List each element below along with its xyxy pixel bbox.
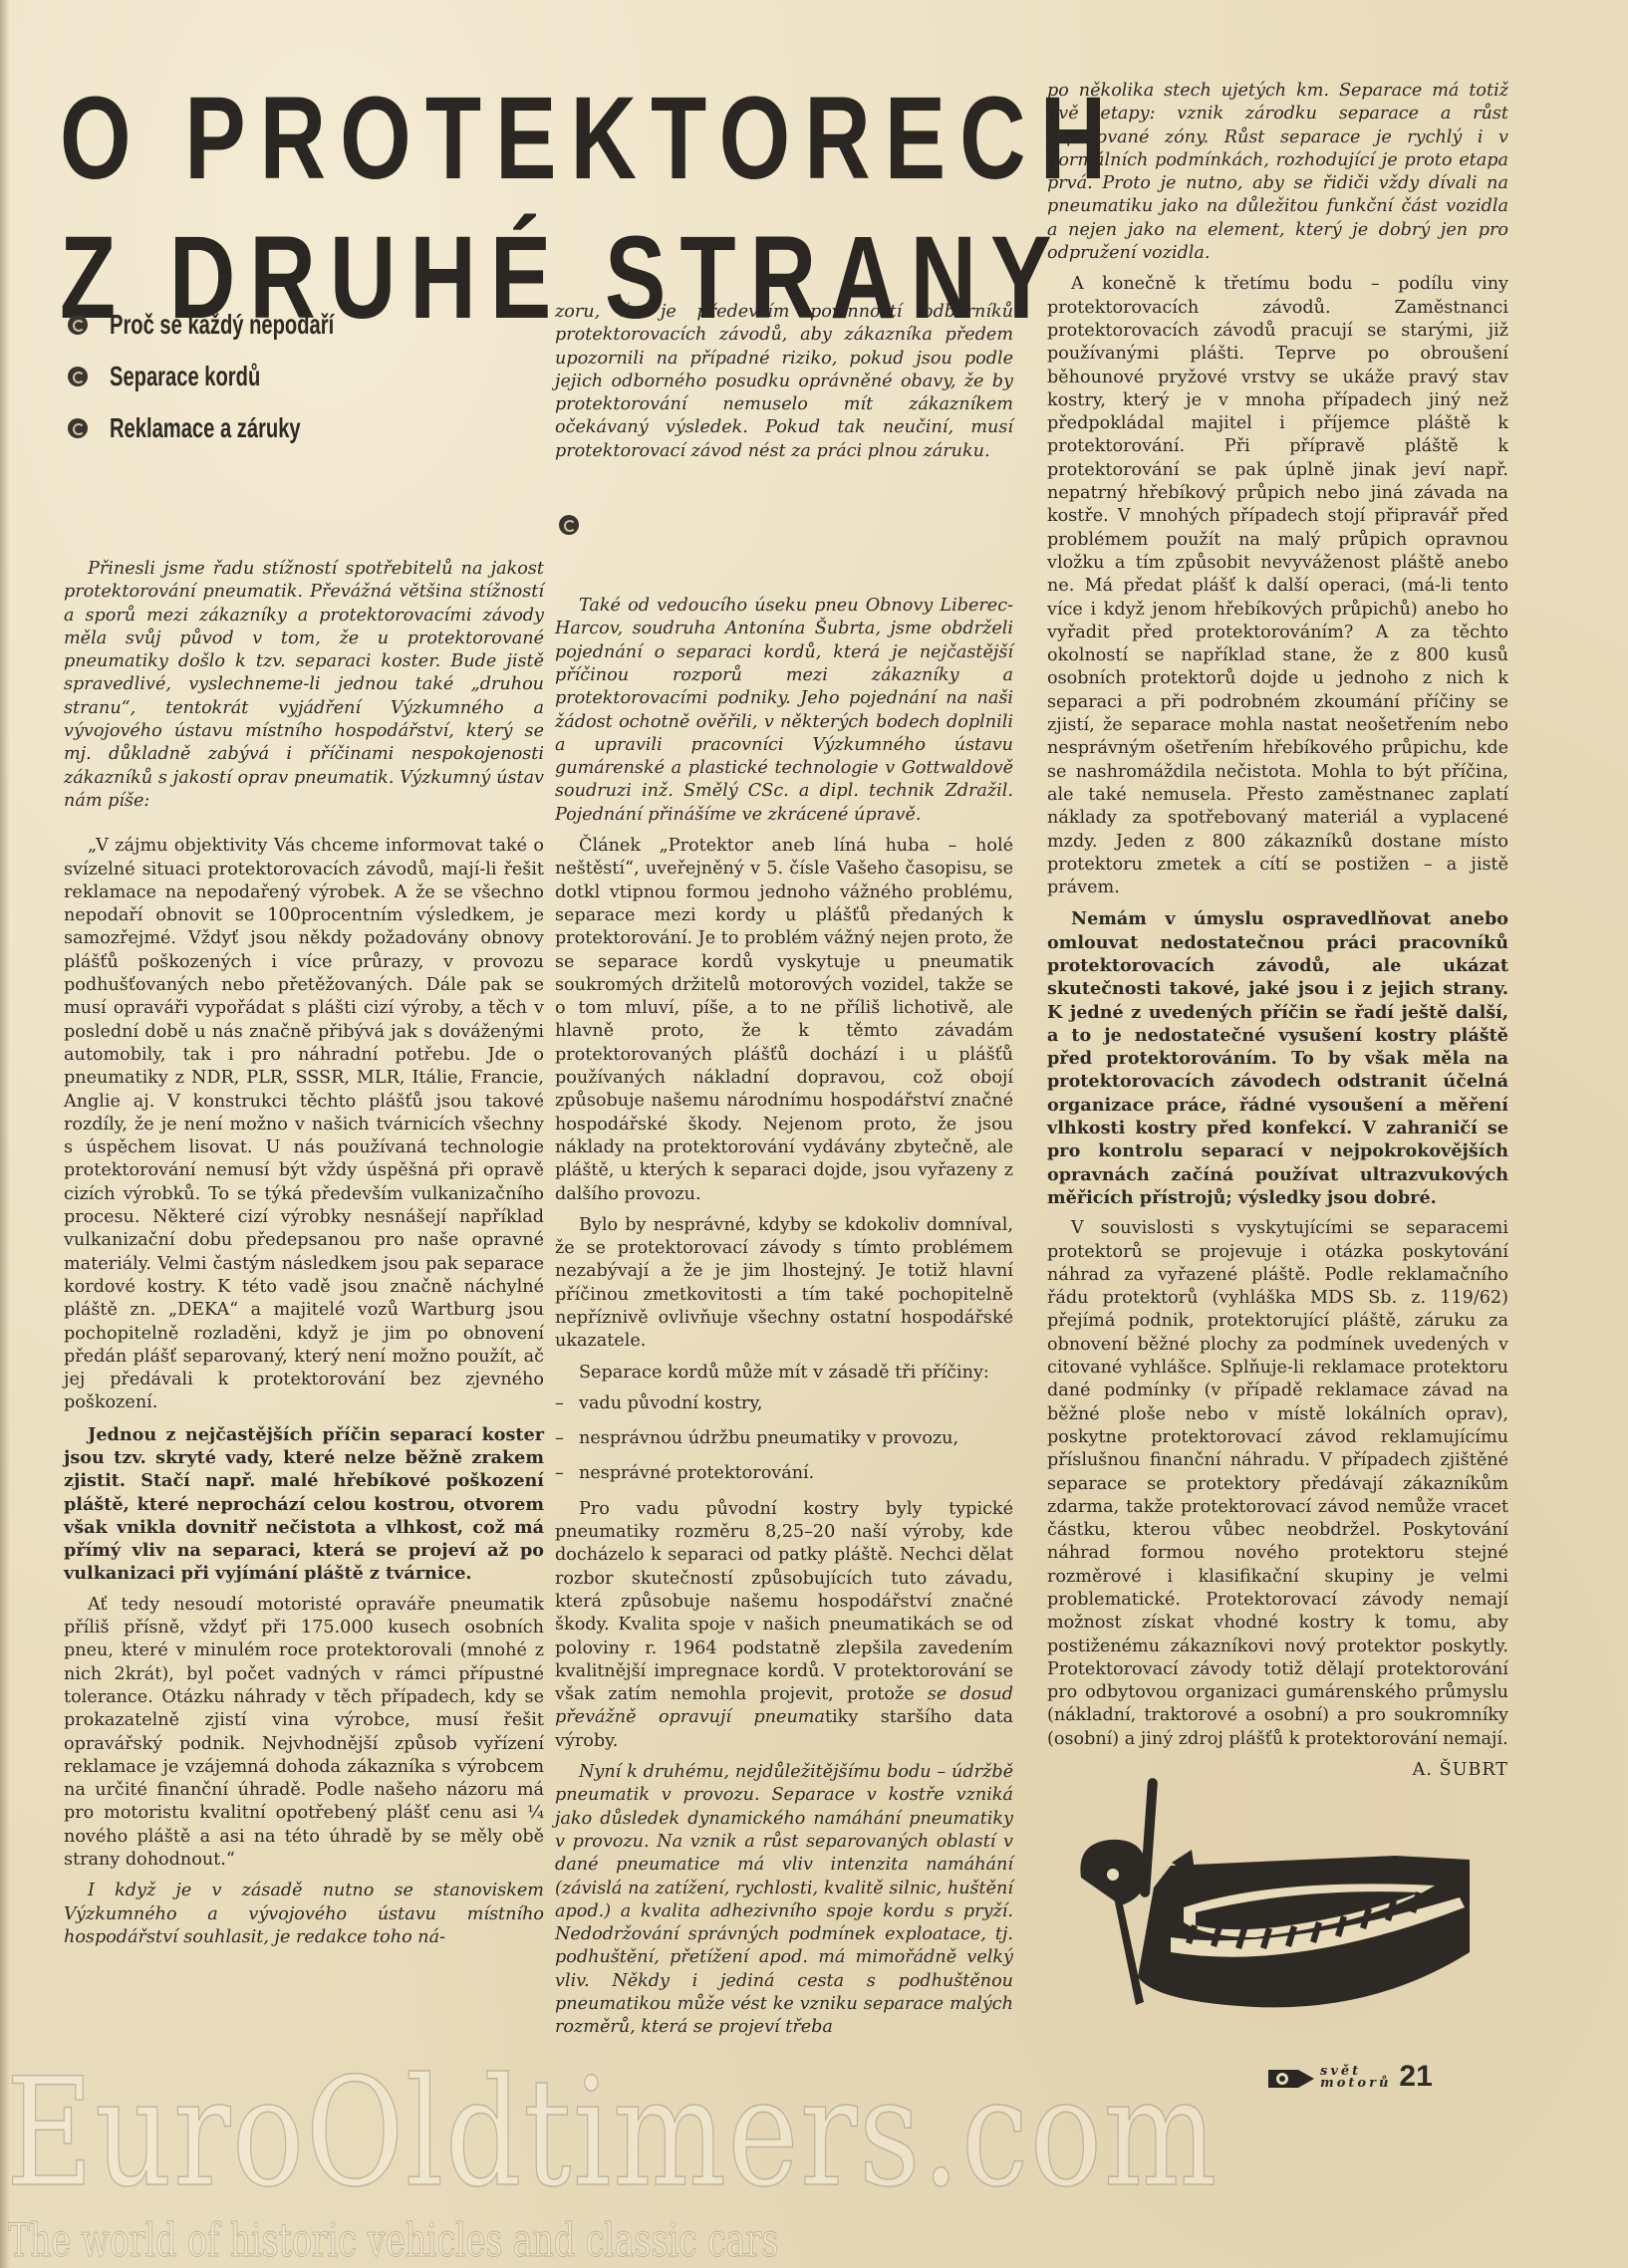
dash-icon: –	[555, 1392, 579, 1415]
quote-paragraph: „V zájmu objektivity Vás chceme informov…	[64, 835, 544, 1414]
page-binding-shadow	[0, 0, 10, 2268]
page-number: 21	[1399, 2064, 1432, 2090]
editorial-paragraph: I když je v zásadě nutno se stanoviskem …	[64, 1880, 544, 1949]
body-paragraph: Separace kordů může mít v zásadě tři pří…	[555, 1362, 1013, 1385]
subhead-item: Separace kordů	[68, 351, 421, 402]
watermark-subtitle: The world of historic vehicles and class…	[8, 2213, 778, 2267]
cause-list-item: –nesprávné protektorování.	[555, 1462, 1013, 1485]
subhead-item: Reklamace a záruky	[68, 402, 421, 454]
body-paragraph: Pro vadu původní kostry byly typické pne…	[555, 1498, 1013, 1753]
cause-text: nesprávné protektorování.	[579, 1462, 814, 1485]
quote-paragraph: Ať tedy nesoudí motoristé opraváře pneum…	[64, 1594, 544, 1873]
section-divider	[555, 471, 1013, 595]
body-paragraph-bold: Nemám v úmyslu ospravedlňovat anebo omlo…	[1047, 907, 1508, 1209]
body-paragraph: Článek „Protektor aneb líná huba – holé …	[555, 835, 1013, 1206]
subhead-text: Separace kordů	[110, 361, 260, 392]
dash-icon: –	[555, 1427, 579, 1450]
headline-line-1: O PROTEKTORECH	[60, 80, 806, 197]
right-column: po několika stech ujetých km. Separace m…	[1047, 80, 1508, 1782]
left-column: Přinesli jsme řadu stížností spotřebitel…	[64, 558, 544, 1957]
magazine-name: svět motorů	[1320, 2066, 1391, 2090]
editorial-continuation: zoru, že je především povinností odborní…	[555, 301, 1013, 463]
cause-list-item: –nesprávnou údržbu pneumatiky v provozu,	[555, 1427, 1013, 1450]
svet-motoru-logo-icon	[1268, 2068, 1314, 2090]
subhead-item: Proč se každý nepodaří	[68, 299, 421, 351]
watermark-title: EuroOldtimers.com	[6, 2047, 1219, 2220]
cause-list-item: –vadu původní kostry,	[555, 1392, 1013, 1415]
cause-text: nesprávnou údržbu pneumatiky v provozu,	[579, 1427, 958, 1450]
magazine-page: O PROTEKTORECH Z DRUHÉ STRANY Proč se ka…	[0, 0, 1628, 2268]
body-paragraph: Bylo by nesprávné, kdyby se kdokoliv dom…	[555, 1214, 1013, 1354]
intro-paragraph-2: Také od vedoucího úseku pneu Obnovy Libe…	[555, 595, 1013, 827]
bird-tire-woodcut-icon	[1076, 1738, 1514, 2027]
subhead-text: Reklamace a záruky	[110, 412, 301, 444]
body-paragraph: V souvislosti s vyskytujícími se separac…	[1047, 1217, 1508, 1751]
body-paragraph-italic: po několika stech ujetých km. Separace m…	[1047, 80, 1508, 265]
quote-paragraph-bold: Jednou z nejčastějších příčin separací k…	[64, 1423, 544, 1586]
bullet-icon	[559, 515, 579, 535]
bullet-icon	[68, 315, 88, 335]
intro-paragraph: Přinesli jsme řadu stížností spotřebitel…	[64, 558, 544, 813]
body-paragraph: A konečně k třetímu bodu – podílu viny p…	[1047, 273, 1508, 899]
bullet-icon	[68, 418, 88, 438]
magazine-name-line2: motorů	[1320, 2078, 1391, 2090]
dash-icon: –	[555, 1462, 579, 1485]
cause-text: vadu původní kostry,	[579, 1392, 763, 1415]
subhead-text: Proč se každý nepodaří	[110, 309, 334, 341]
page-folio: svět motorů 21	[1268, 2064, 1433, 2090]
body-paragraph-italic: Nyní k druhému, nejdůležitějšímu bodu – …	[555, 1761, 1013, 2040]
text-run: Pro vadu původní kostry byly typické pne…	[555, 1499, 1013, 1704]
middle-column: zoru, že je především povinností odborní…	[555, 301, 1013, 2048]
article-subheads: Proč se každý nepodaří Separace kordů Re…	[68, 299, 421, 454]
bullet-icon	[68, 367, 88, 386]
